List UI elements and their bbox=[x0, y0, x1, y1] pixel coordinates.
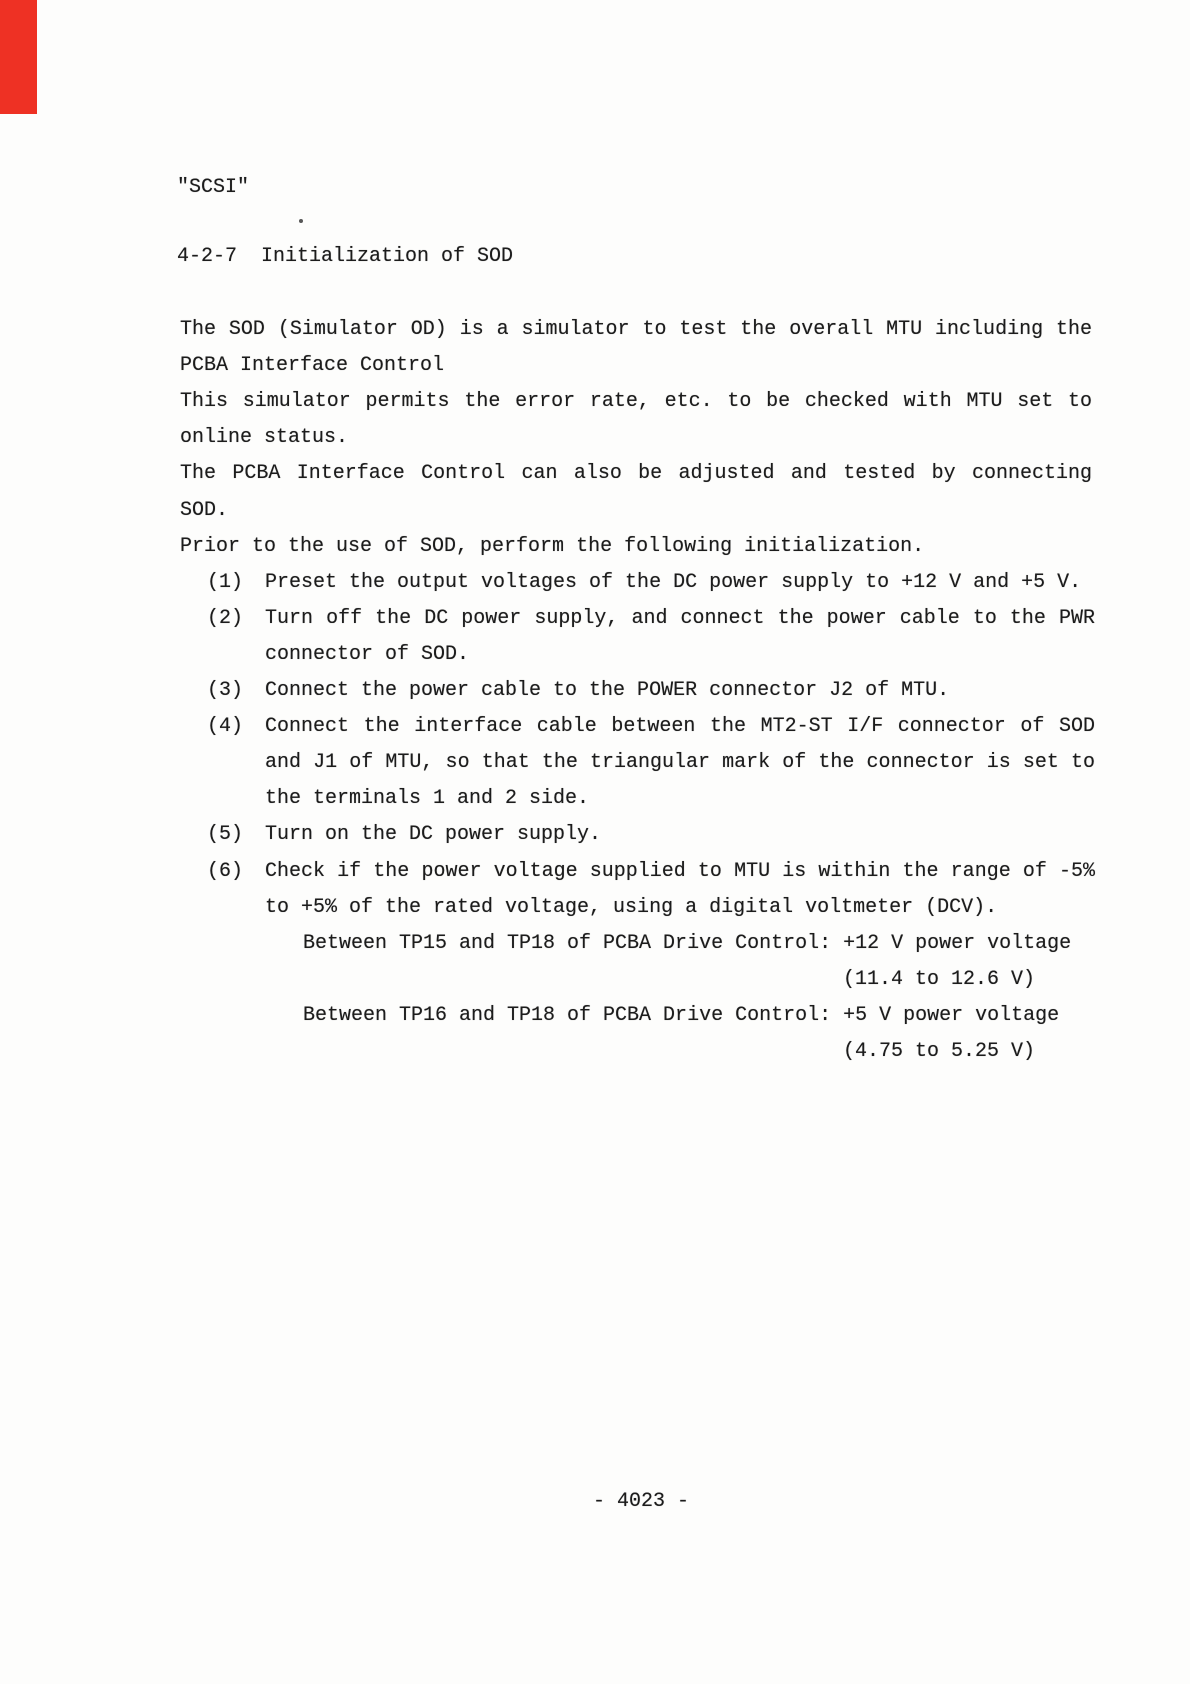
list-item-number: (1) bbox=[207, 565, 243, 601]
list-item-number: (6) bbox=[207, 854, 243, 890]
text-line-content: Between TP16 and TP18 of PCBA Drive Cont… bbox=[303, 998, 1059, 1034]
text-line-content: SOD. bbox=[180, 493, 228, 529]
text-line: the terminals 1 and 2 side. bbox=[180, 781, 1092, 817]
text-line-content: and J1 of MTU, so that the triangular ma… bbox=[265, 745, 1095, 781]
text-line: (5)Turn on the DC power supply. bbox=[180, 817, 1092, 853]
stray-ink-dot bbox=[299, 219, 303, 223]
text-line-content: (11.4 to 12.6 V) bbox=[843, 962, 1035, 998]
text-line-content: Turn off the DC power supply, and connec… bbox=[265, 601, 1095, 637]
text-line-content: This simulator permits the error rate, e… bbox=[180, 384, 1092, 420]
list-item-number: (5) bbox=[207, 817, 243, 853]
text-line-content: The SOD (Simulator OD) is a simulator to… bbox=[180, 312, 1092, 348]
text-line-content: online status. bbox=[180, 420, 348, 456]
text-line: (4.75 to 5.25 V) bbox=[180, 1034, 1092, 1070]
text-line-content: Prior to the use of SOD, perform the fol… bbox=[180, 529, 924, 565]
text-line: and J1 of MTU, so that the triangular ma… bbox=[180, 745, 1092, 781]
text-line: SOD. bbox=[180, 493, 1092, 529]
text-line: (11.4 to 12.6 V) bbox=[180, 962, 1092, 998]
text-line-content: Connect the power cable to the POWER con… bbox=[265, 673, 949, 709]
text-line: (4)Connect the interface cable between t… bbox=[180, 709, 1092, 745]
text-line: online status. bbox=[180, 420, 1092, 456]
list-item-number: (4) bbox=[207, 709, 243, 745]
section-heading: 4-2-7 Initialization of SOD bbox=[177, 239, 513, 275]
text-line: Between TP16 and TP18 of PCBA Drive Cont… bbox=[180, 998, 1092, 1034]
text-line: PCBA Interface Control bbox=[180, 348, 1092, 384]
text-line: Between TP15 and TP18 of PCBA Drive Cont… bbox=[180, 926, 1092, 962]
text-line-content: Connect the interface cable between the … bbox=[265, 709, 1095, 745]
text-line-content: Between TP15 and TP18 of PCBA Drive Cont… bbox=[303, 926, 1071, 962]
text-line-content: PCBA Interface Control bbox=[180, 348, 444, 384]
page-number: - 4023 - bbox=[593, 1484, 689, 1520]
text-line: The SOD (Simulator OD) is a simulator to… bbox=[180, 312, 1092, 348]
text-line-content: connector of SOD. bbox=[265, 637, 469, 673]
text-line-content: The PCBA Interface Control can also be a… bbox=[180, 456, 1092, 492]
text-line: (2)Turn off the DC power supply, and con… bbox=[180, 601, 1092, 637]
red-margin-mark bbox=[0, 0, 37, 114]
text-line: This simulator permits the error rate, e… bbox=[180, 384, 1092, 420]
text-line: connector of SOD. bbox=[180, 637, 1092, 673]
text-line-content: the terminals 1 and 2 side. bbox=[265, 781, 589, 817]
list-item-number: (3) bbox=[207, 673, 243, 709]
text-line-content: Check if the power voltage supplied to M… bbox=[265, 854, 1095, 890]
text-line: to +5% of the rated voltage, using a dig… bbox=[180, 890, 1092, 926]
text-line: (1)Preset the output voltages of the DC … bbox=[180, 565, 1092, 601]
text-line-content: Preset the output voltages of the DC pow… bbox=[265, 565, 1081, 601]
text-line: (3)Connect the power cable to the POWER … bbox=[180, 673, 1092, 709]
text-line: Prior to the use of SOD, perform the fol… bbox=[180, 529, 1092, 565]
text-line-content: (4.75 to 5.25 V) bbox=[843, 1034, 1035, 1070]
scanned-page: "SCSI" 4-2-7 Initialization of SOD The S… bbox=[0, 0, 1190, 1684]
text-line: The PCBA Interface Control can also be a… bbox=[180, 456, 1092, 492]
text-line: (6)Check if the power voltage supplied t… bbox=[180, 854, 1092, 890]
text-line-content: Turn on the DC power supply. bbox=[265, 817, 601, 853]
list-item-number: (2) bbox=[207, 601, 243, 637]
page-header-quote: "SCSI" bbox=[177, 170, 249, 206]
text-line-content: to +5% of the rated voltage, using a dig… bbox=[265, 890, 997, 926]
